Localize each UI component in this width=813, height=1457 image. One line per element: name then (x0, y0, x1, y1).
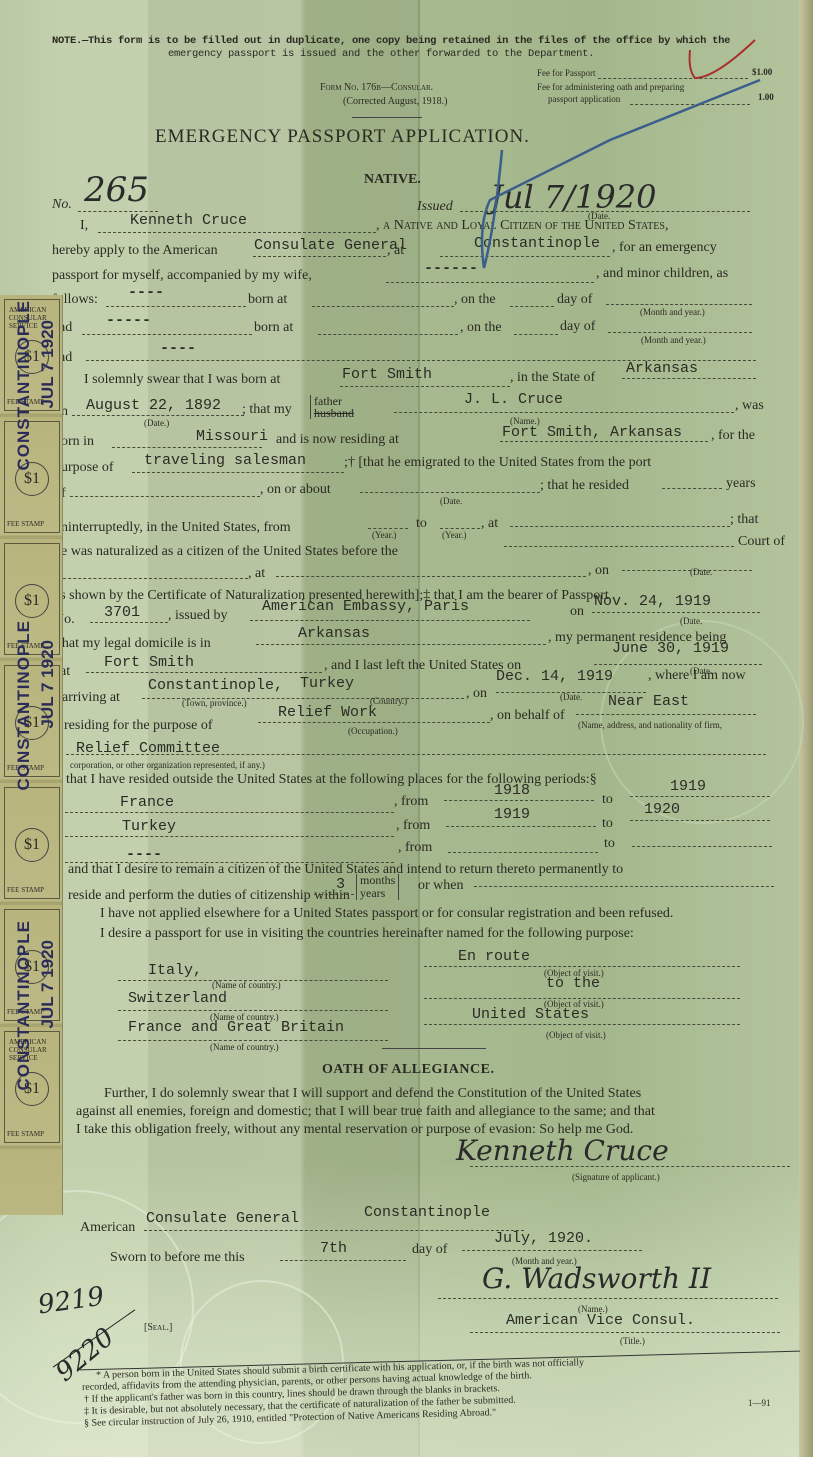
pen-marks (0, 0, 813, 1457)
blue-pencil-mark-icon (482, 80, 760, 268)
red-check-icon (690, 40, 755, 78)
